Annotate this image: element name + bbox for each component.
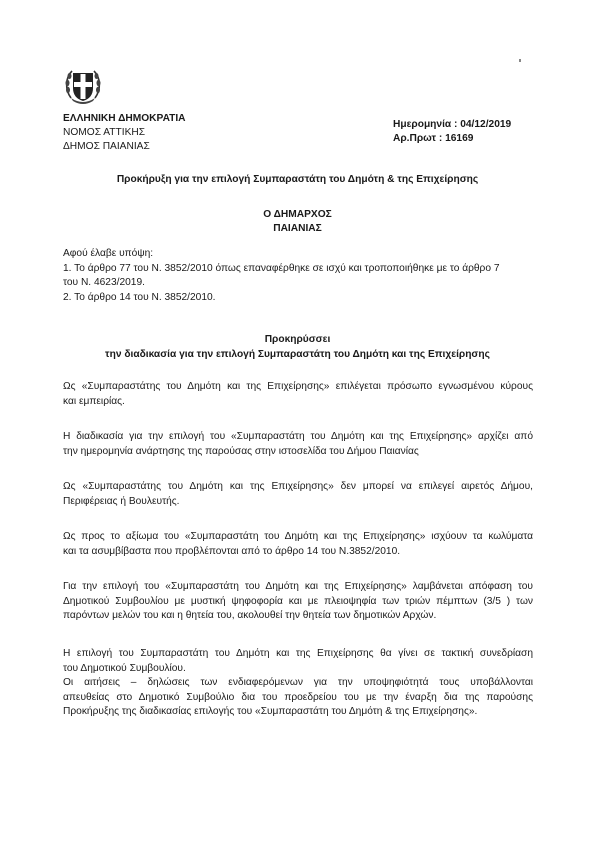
paragraph-line: και εμπειρίας. [63,395,533,410]
paragraph-line: Δημοτικού Συμβουλίου με μυστική ψηφοφορί… [63,595,533,610]
proclaims-subject: την διαδικασία για την επιλογή Συμπαραστ… [0,348,595,362]
considering-item-1-cont: του Ν. 4623/2019. [63,276,533,291]
scan-speck [519,59,521,62]
issuer-country: ΕΛΛΗΝΙΚΗ ΔΗΜΟΚΡΑΤΙΑ [63,112,186,126]
paragraph-line: την ημερομηνία ανάρτησης της παρούσας στ… [63,445,533,460]
issuer-title: Ο ΔΗΜΑΡΧΟΣ [0,208,595,222]
paragraph-2: Η διαδικασία για την επιλογή του «Συμπαρ… [63,430,533,459]
paragraph-line: απευθείας στο Δημοτικό Συμβούλιο δια του… [63,691,533,706]
paragraph-line: του Δημοτικού Συμβουλίου. [63,662,533,677]
issuer-prefecture: ΝΟΜΟΣ ΑΤΤΙΚΗΣ [63,126,145,140]
paragraph-line: Ως προς το αξίωμα του «Συμπαραστάτη του … [63,530,533,545]
paragraph-line: Η επιλογή του Συμπαραστάτη του Δημότη κα… [63,647,533,662]
paragraph-7: Οι αιτήσεις – δηλώσεις των ενδιαφερόμενω… [63,676,533,720]
paragraph-line: παρόντων μελών του και η θητεία του, ακο… [63,609,533,624]
issuer-municipality: ΔΗΜΟΣ ΠΑΙΑΝΙΑΣ [63,140,150,154]
paragraph-5: Για την επιλογή του «Συμπαραστάτη του Δη… [63,580,533,624]
protocol-number: Αρ.Πρωτ : 16169 [393,132,473,146]
paragraph-line: Προκήρυξης της διαδικασίας επιλογής του … [63,705,533,720]
coat-of-arms-icon [63,64,103,108]
paragraph-6: Η επιλογή του Συμπαραστάτη του Δημότη κα… [63,647,533,676]
paragraph-4: Ως προς το αξίωμα του «Συμπαραστάτη του … [63,530,533,559]
considering-item-2: 2. Το άρθρο 14 του Ν. 3852/2010. [63,291,533,306]
paragraph-line: Ως «Συμπαραστάτης του Δημότη και της Επι… [63,380,533,395]
document-title: Προκήρυξη για την επιλογή Συμπαραστάτη τ… [0,173,595,187]
paragraph-line: και τα ασυμβίβαστα που προβλέπονται από … [63,545,533,560]
issuer-place: ΠΑΙΑΝΙΑΣ [0,222,595,236]
considering-item-1: 1. Το άρθρο 77 του Ν. 3852/2010 όπως επα… [63,262,533,277]
paragraph-line: Η διαδικασία για την επιλογή του «Συμπαρ… [63,430,533,445]
paragraph-line: Οι αιτήσεις – δηλώσεις των ενδιαφερόμενω… [63,676,533,691]
paragraph-3: Ως «Συμπαραστάτης του Δημότη και της Επι… [63,480,533,509]
document-date: Ημερομηνία : 04/12/2019 [393,118,511,132]
considering-section: Αφού έλαβε υπόψη: 1. Το άρθρο 77 του Ν. … [63,247,533,305]
paragraph-line: Περιφέρειας ή Βουλευτής. [63,495,533,510]
proclaims-heading: Προκηρύσσει [0,333,595,347]
considering-intro: Αφού έλαβε υπόψη: [63,247,533,262]
paragraph-1: Ως «Συμπαραστάτης του Δημότη και της Επι… [63,380,533,409]
paragraph-line: Ως «Συμπαραστάτης του Δημότη και της Επι… [63,480,533,495]
paragraph-line: Για την επιλογή του «Συμπαραστάτη του Δη… [63,580,533,595]
